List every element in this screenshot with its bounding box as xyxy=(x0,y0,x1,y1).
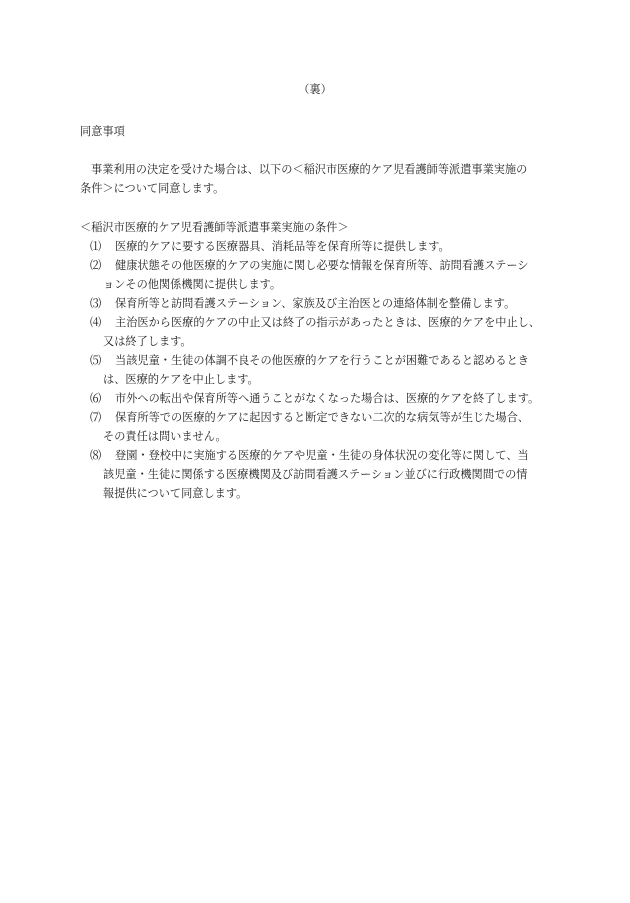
conditions-title: ＜稲沢市医療的ケア児看護師等派遣事業実施の条件＞ xyxy=(80,218,349,237)
intro-line-1: 事業利用の決定を受けた場合は、以下の＜稲沢市医療的ケア児看護師等派遣事業実施の xyxy=(80,160,554,179)
section-heading: 同意事項 xyxy=(80,122,125,141)
condition-text: 市外への転出や保育所等へ通うことがなくなった場合は、医療的ケアを終了します。 xyxy=(115,389,554,408)
condition-line: 主治医から医療的ケアの中止又は終了の指示があったときは、医療的ケアを中止し、 xyxy=(115,313,554,332)
condition-line: 保育所等と訪問看護ステーション、家族及び主治医との連絡体制を整備します。 xyxy=(115,294,554,313)
condition-number: ⑹ xyxy=(90,389,115,408)
condition-line: 登園・登校中に実施する医療的ケアや児童・生徒の身体状況の変化等に関して、当 xyxy=(115,446,554,465)
condition-line: 該児童・生徒に関係する医療機関及び訪問看護ステーション並びに行政機関間での情 xyxy=(103,465,554,484)
condition-item-3: ⑶ 保育所等と訪問看護ステーション、家族及び主治医との連絡体制を整備します。 xyxy=(90,294,554,313)
condition-text: 保育所等と訪問看護ステーション、家族及び主治医との連絡体制を整備します。 xyxy=(115,294,554,313)
page-side-label: （裏） xyxy=(0,80,630,99)
condition-line: 保育所等での医療的ケアに起因すると断定できない二次的な病気等が生じた場合、 xyxy=(115,408,554,427)
condition-text: 医療的ケアに要する医療器具、消耗品等を保育所等に提供します。 xyxy=(115,237,554,256)
condition-item-1: ⑴ 医療的ケアに要する医療器具、消耗品等を保育所等に提供します。 xyxy=(90,237,554,256)
condition-line: 又は終了します。 xyxy=(103,332,554,351)
intro-paragraph: 事業利用の決定を受けた場合は、以下の＜稲沢市医療的ケア児看護師等派遣事業実施の … xyxy=(80,160,554,198)
condition-text: 登園・登校中に実施する医療的ケアや児童・生徒の身体状況の変化等に関して、当 該児… xyxy=(115,446,554,503)
condition-item-8: ⑻ 登園・登校中に実施する医療的ケアや児童・生徒の身体状況の変化等に関して、当 … xyxy=(90,446,554,503)
conditions-list: ⑴ 医療的ケアに要する医療器具、消耗品等を保育所等に提供します。 ⑵ 健康状態そ… xyxy=(90,237,554,503)
condition-text: 健康状態その他医療的ケアの実施に関し必要な情報を保育所等、訪問看護ステーシ ョン… xyxy=(115,256,554,294)
condition-number: ⑴ xyxy=(90,237,115,256)
condition-line: 報提供について同意します。 xyxy=(103,484,554,503)
condition-item-5: ⑸ 当該児童・生徒の体調不良その他医療的ケアを行うことが困難であると認めるとき … xyxy=(90,351,554,389)
document-page: （裏） 同意事項 事業利用の決定を受けた場合は、以下の＜稲沢市医療的ケア児看護師… xyxy=(0,0,630,903)
condition-item-4: ⑷ 主治医から医療的ケアの中止又は終了の指示があったときは、医療的ケアを中止し、… xyxy=(90,313,554,351)
condition-text: 主治医から医療的ケアの中止又は終了の指示があったときは、医療的ケアを中止し、 又… xyxy=(115,313,554,351)
condition-item-6: ⑹ 市外への転出や保育所等へ通うことがなくなった場合は、医療的ケアを終了します。 xyxy=(90,389,554,408)
condition-item-2: ⑵ 健康状態その他医療的ケアの実施に関し必要な情報を保育所等、訪問看護ステーシ … xyxy=(90,256,554,294)
condition-text: 保育所等での医療的ケアに起因すると断定できない二次的な病気等が生じた場合、 その… xyxy=(115,408,554,446)
intro-line-2: 条件＞について同意します。 xyxy=(69,179,554,198)
condition-line: 市外への転出や保育所等へ通うことがなくなった場合は、医療的ケアを終了します。 xyxy=(115,389,554,408)
condition-line: は、医療的ケアを中止します。 xyxy=(103,370,554,389)
condition-text: 当該児童・生徒の体調不良その他医療的ケアを行うことが困難であると認めるとき は、… xyxy=(115,351,554,389)
condition-line: 当該児童・生徒の体調不良その他医療的ケアを行うことが困難であると認めるとき xyxy=(115,351,554,370)
condition-line: 医療的ケアに要する医療器具、消耗品等を保育所等に提供します。 xyxy=(115,237,554,256)
condition-line: その責任は問いません。 xyxy=(103,427,554,446)
condition-number: ⑶ xyxy=(90,294,115,313)
condition-line: 健康状態その他医療的ケアの実施に関し必要な情報を保育所等、訪問看護ステーシ xyxy=(115,256,554,275)
condition-item-7: ⑺ 保育所等での医療的ケアに起因すると断定できない二次的な病気等が生じた場合、 … xyxy=(90,408,554,446)
condition-line: ョンその他関係機関に提供します。 xyxy=(103,275,554,294)
